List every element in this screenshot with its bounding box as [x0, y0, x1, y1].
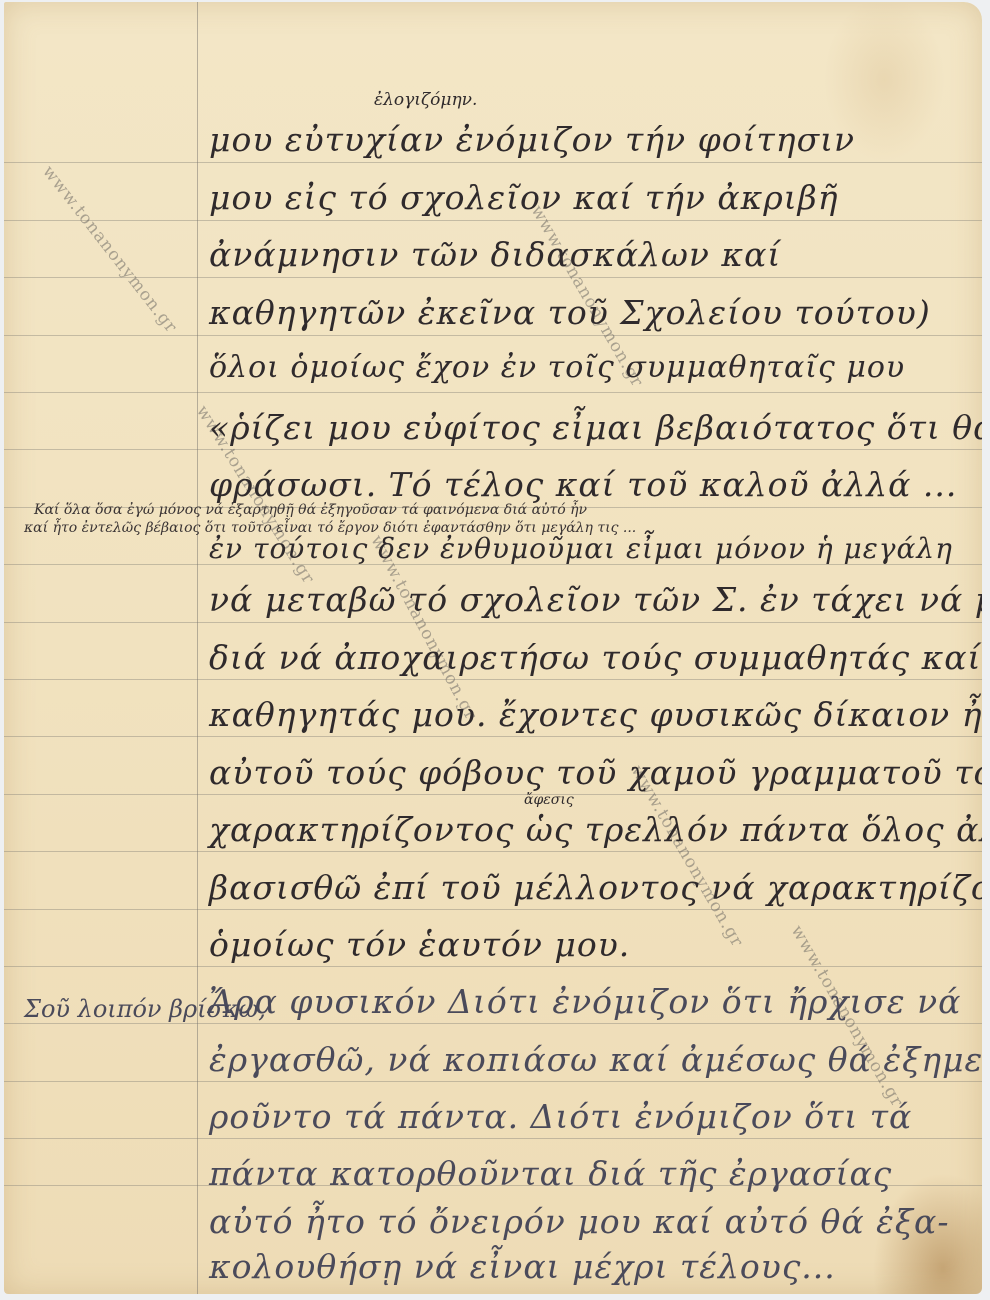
- text-line: μου εὐτυχίαν ἐνόμιζον τήν φοίτησιν: [209, 120, 855, 159]
- ruled-line: [4, 277, 982, 278]
- text-line: ἀνάμνησιν τῶν διδασκάλων καί: [209, 235, 781, 274]
- interlinear-correction: ἐλογιζόμην.: [374, 90, 477, 110]
- text-line: χαρακτηρίζοντος ὡς τρελλόν πάντα ὅλος ἀλ…: [209, 810, 982, 849]
- ruled-line: [4, 1081, 982, 1082]
- text-line: ἐργασθῶ, νά κοπιάσω καί ἀμέσως θά ἐξημε-: [209, 1040, 982, 1079]
- ruled-line: [4, 162, 982, 163]
- text-line: νά μεταβῶ τό σχολεῖον τῶν Σ. ἐν τάχει νά…: [209, 580, 982, 619]
- interlinear-correction: ἄφεσις: [524, 792, 574, 808]
- ruled-line: [4, 1138, 982, 1139]
- ruled-line: [4, 736, 982, 737]
- text-line: πάντα κατορθοῦνται διά τῆς ἐργασίας: [209, 1154, 892, 1193]
- ruled-line: [4, 966, 982, 967]
- ruled-line: [4, 1023, 982, 1024]
- text-line: φράσωσι. Τό τέλος καί τοῦ καλοῦ ἀλλά ...: [209, 465, 957, 504]
- ruled-line: [4, 220, 982, 221]
- text-line: ὁμοίως τόν ἑαυτόν μου.: [209, 925, 630, 964]
- margin-line: [197, 2, 198, 1294]
- ruled-line: [4, 851, 982, 852]
- text-line: αὐτό ἦτο τό ὄνειρόν μου καί αὐτό θά ἐξα-: [209, 1202, 950, 1241]
- text-line: κολουθήσῃ νά εἶναι μέχρι τέλους...: [209, 1247, 836, 1286]
- text-line: ροῦντο τά πάντα. Διότι ἐνόμιζον ὅτι τά: [209, 1097, 912, 1136]
- text-line: μου εἰς τό σχολεῖον καί τήν ἀκριβῆ: [209, 178, 839, 217]
- text-line: «ῥίζει μου εὐφίτος εἶμαι βεβαιότατος ὅτι…: [209, 408, 982, 447]
- ruled-line: [4, 335, 982, 336]
- interline-note: Καί ὅλα ὅσα ἐγώ μόνος νά ἐξαρτηθῇ θά ἐξη…: [34, 502, 587, 518]
- text-line: διά νά ἀποχαιρετήσω τούς συμμαθητάς καί: [209, 638, 981, 677]
- text-line: ἐν τούτοις δεν ἐνθυμοῦμαι εἶμαι μόνον ἡ …: [209, 532, 953, 565]
- watermark: www.tonanonymon.gr: [38, 162, 181, 337]
- text-line: ὅλοι ὁμοίως ἔχον ἐν τοῖς συμμαθηταῖς μου: [209, 350, 905, 385]
- ruled-line: [4, 622, 982, 623]
- text-line: αὐτοῦ τούς φόβους τοῦ χαμοῦ γραμματοῦ το…: [209, 753, 982, 792]
- text-line: βασισθῶ ἐπί τοῦ μέλλοντος νά χαρακτηρίζο…: [209, 868, 982, 907]
- ruled-line: [4, 392, 982, 393]
- text-line: Ἄρα φυσικόν Διότι ἐνόμιζον ὅτι ἤρχισε νά: [209, 982, 961, 1021]
- ruled-line: [4, 449, 982, 450]
- letter-page: www.tonanonymon.gr www.tonanonymon.gr ww…: [4, 2, 982, 1294]
- ruled-line: [4, 679, 982, 680]
- ruled-line: [4, 909, 982, 910]
- text-line: καθηγητῶν ἐκεῖνα τοῦ Σχολείου τούτου): [209, 293, 931, 332]
- ruled-line: [4, 794, 982, 795]
- text-line: καθηγητάς μου. ἔχοντες φυσικῶς δίκαιον ἦ…: [209, 695, 982, 734]
